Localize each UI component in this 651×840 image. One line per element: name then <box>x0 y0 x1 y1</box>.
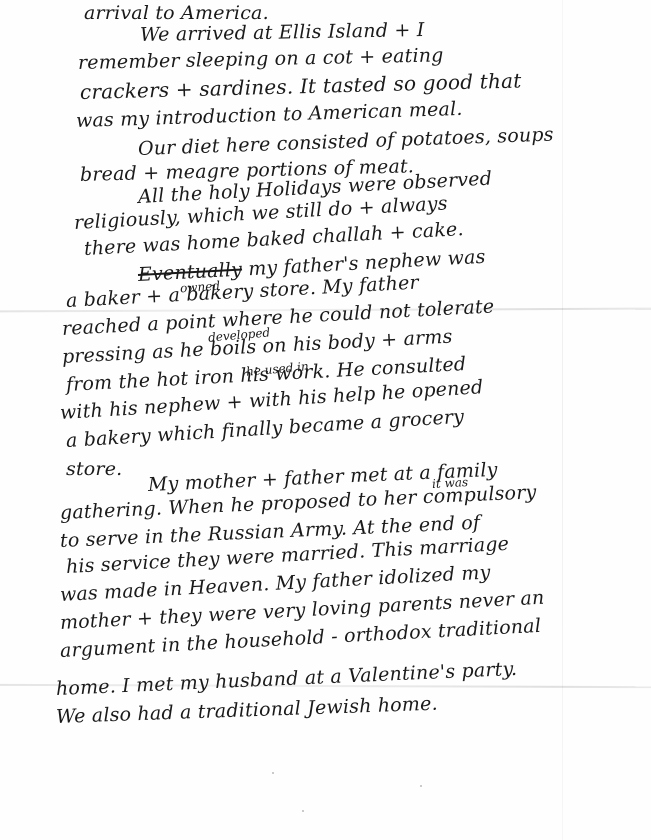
handwritten-line: arrival to America. <box>84 2 269 24</box>
handwritten-line: We arrived at Ellis Island + I <box>140 19 425 46</box>
handwritten-line: remember sleeping on a cot + eating <box>78 44 444 74</box>
handwritten-line: home. I met my husband at a Valentine's … <box>56 658 518 700</box>
handwritten-line: We also had a traditional Jewish home. <box>56 693 438 728</box>
paper-speck <box>420 785 422 787</box>
handwritten-line: store. <box>66 458 122 480</box>
handwritten-line: Our diet here consisted of potatoes, sou… <box>138 123 554 160</box>
paper-speck <box>272 772 274 774</box>
vertical-fold-crease <box>562 0 563 840</box>
letter-page: arrival to America. We arrived at Ellis … <box>0 0 651 840</box>
paper-speck <box>302 810 304 812</box>
handwritten-line: was my introduction to American meal. <box>76 98 463 132</box>
